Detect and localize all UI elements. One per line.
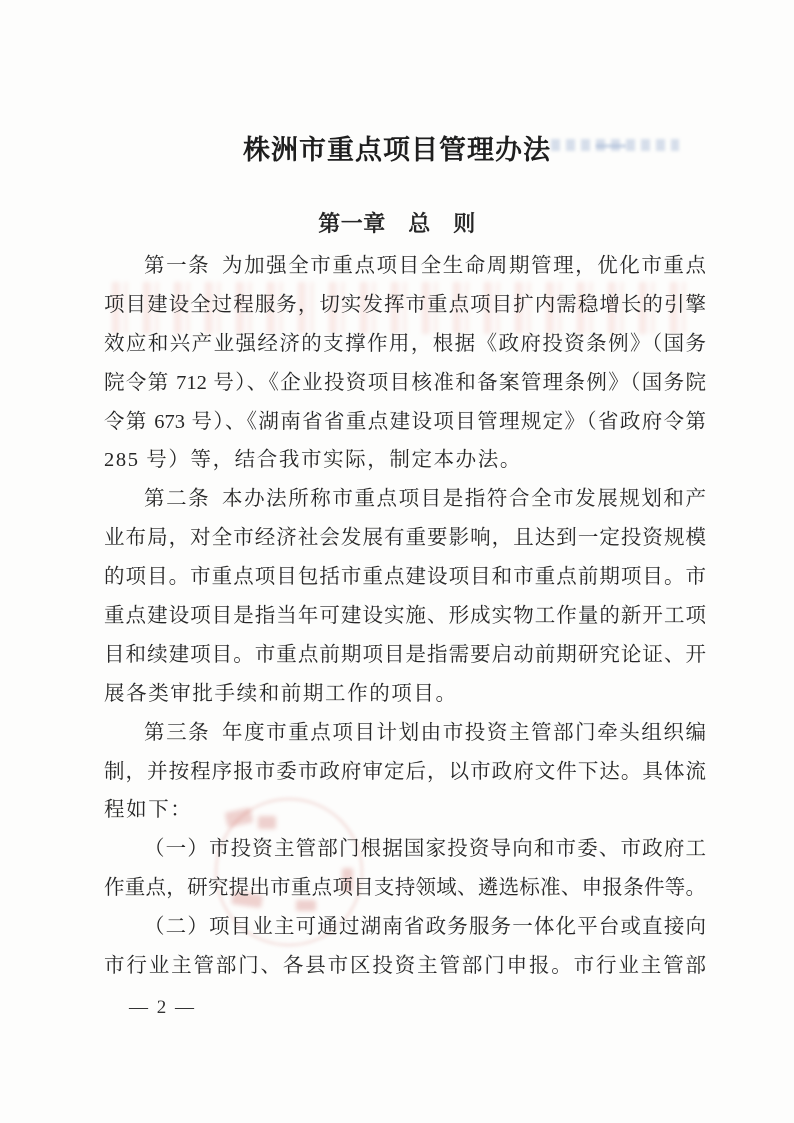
text-line: 目和续建项目。市重点前期项目是指需要启动前期研究论证、开 bbox=[104, 636, 706, 675]
page-number: — 2 — bbox=[129, 997, 196, 1019]
text-line: 第二条 本办法所称市重点项目是指符合全市发展规划和产 bbox=[104, 480, 706, 519]
text-line: 展各类审批手续和前期工作的项目。 bbox=[104, 675, 706, 714]
text-line: 项目建设全过程服务，切实发挥市重点项目扩内需稳增长的引擎 bbox=[104, 286, 706, 325]
text-line: 市行业主管部门、各县市区投资主管部门申报。市行业主管部 bbox=[104, 947, 706, 986]
text-line: 的项目。市重点项目包括市重点建设项目和市重点前期项目。市 bbox=[104, 558, 706, 597]
text-line: （一）市投资主管部门根据国家投资导向和市委、市政府工 bbox=[104, 830, 706, 869]
document-body: 第一条 为加强全市重点项目全生命周期管理，优化市重点 项目建设全过程服务，切实发… bbox=[104, 247, 706, 986]
text-line: 制，并按程序报市委市政府审定后，以市政府文件下达。具体流 bbox=[104, 753, 706, 792]
document-page: 株洲市重点项目管理办法 第一章 总 则 第一条 为加强全市重点项目全生命周期管理… bbox=[0, 0, 794, 1123]
text-line: 第三条 年度市重点项目计划由市投资主管部门牵头组织编 bbox=[104, 714, 706, 753]
text-line: 第一条 为加强全市重点项目全生命周期管理，优化市重点 bbox=[104, 247, 706, 286]
text-line: 作重点，研究提出市重点项目支持领域、遴选标准、申报条件等。 bbox=[104, 869, 706, 908]
text-line: （二）项目业主可通过湖南省政务服务一体化平台或直接向 bbox=[104, 908, 706, 947]
chapter-heading: 第一章 总 则 bbox=[0, 207, 794, 238]
text-line: 程如下： bbox=[104, 791, 706, 830]
text-line: 业布局，对全市经济社会发展有重要影响，且达到一定投资规模 bbox=[104, 519, 706, 558]
text-line: 令第 673 号）、《湖南省省重点建设项目管理规定》（省政府令第 bbox=[104, 403, 706, 442]
document-title: 株洲市重点项目管理办法 bbox=[0, 128, 794, 167]
text-line: 效应和兴产业强经济的支撑作用，根据《政府投资条例》（国务 bbox=[104, 325, 706, 364]
text-line: 285 号）等，结合我市实际，制定本办法。 bbox=[104, 441, 706, 480]
text-line: 重点建设项目是指当年可建设实施、形成实物工作量的新开工项 bbox=[104, 597, 706, 636]
text-line: 院令第 712 号）、《企业投资项目核准和备案管理条例》（国务院 bbox=[104, 364, 706, 403]
